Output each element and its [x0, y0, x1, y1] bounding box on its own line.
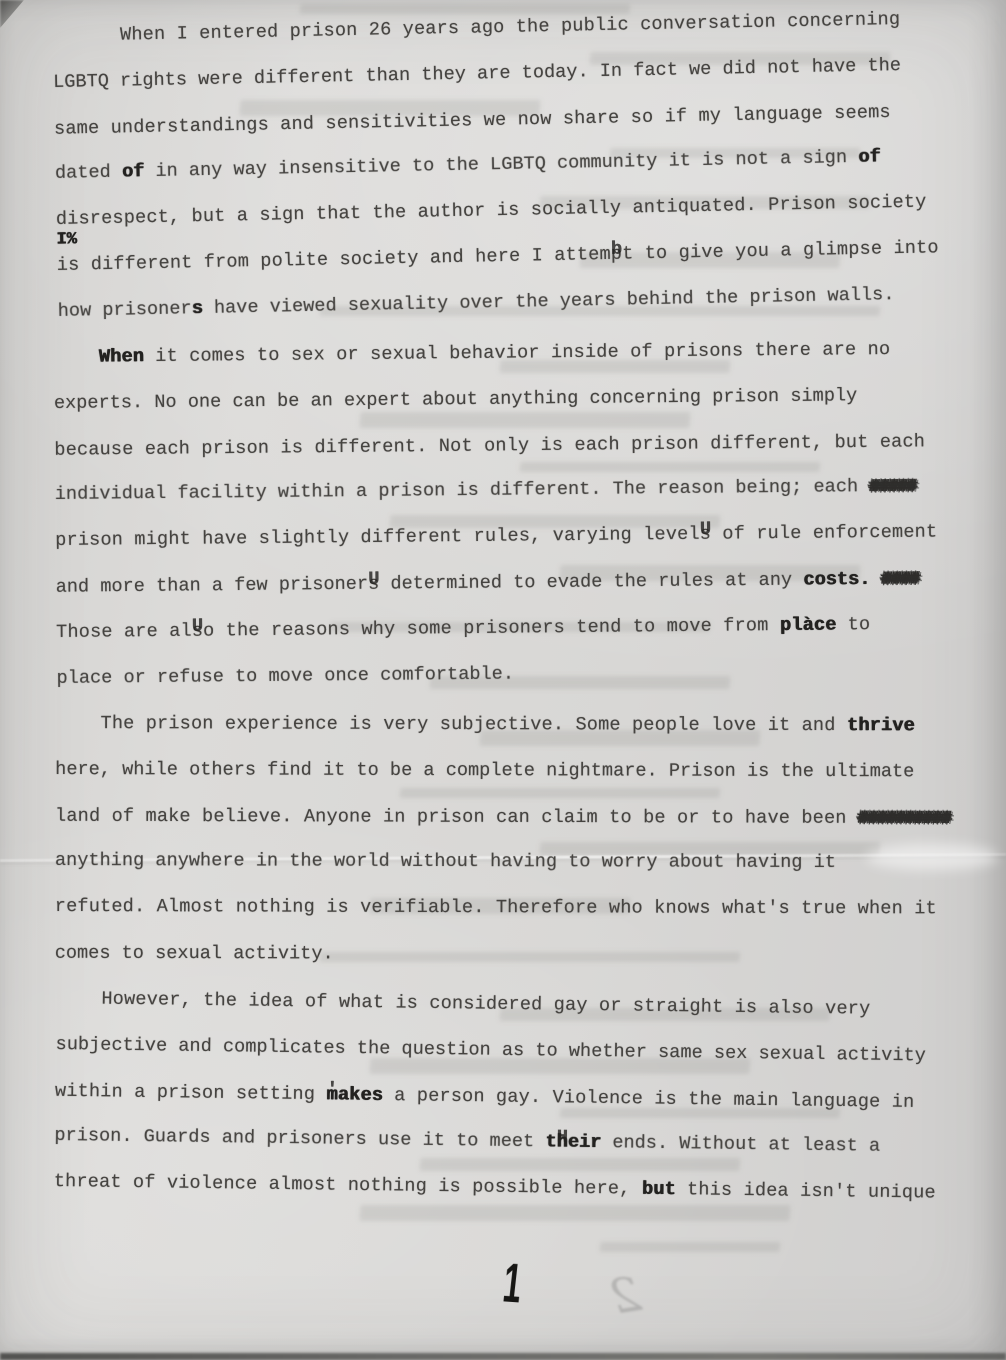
typewritten-text: have viewed sexuality over the years beh…: [203, 284, 895, 319]
bold-overtyped-text: of: [122, 162, 145, 183]
overtyped-text: sU: [700, 511, 712, 557]
typewritten-text: subjective and complicates the question …: [55, 1034, 926, 1066]
overstrike-glyph: U: [699, 506, 711, 552]
typewritten-text: prison might have slightly different rul…: [55, 524, 700, 551]
typewritten-text: determined to evade the rules at any: [379, 569, 803, 594]
overtyped-text: sU: [368, 561, 380, 607]
typewritten-text: LGBTQ rights were different than they ar…: [53, 55, 901, 93]
typewritten-text: because each prison is different. Not on…: [54, 431, 925, 460]
text-line: here, while others find it to be a compl…: [55, 747, 1005, 795]
obliterated-text: ##########: [858, 807, 950, 828]
text-line: comes to sexual activity.: [55, 931, 1005, 979]
paragraph: The prison experience is very subjective…: [55, 701, 1006, 978]
typewritten-text: [870, 568, 881, 589]
overstrike-glyph: b: [610, 227, 622, 273]
bold-overtyped-text: thrive: [847, 715, 915, 736]
typewritten-text: [53, 346, 98, 367]
overstrike-glyph: ': [326, 1067, 338, 1113]
bold-overtyped-text: plàce: [780, 614, 837, 636]
typewritten-text: this idea isn't unique: [676, 1179, 936, 1203]
text-line: land of make believe. Anyone in prison c…: [55, 793, 1005, 841]
overstrike-glyph: H: [556, 1115, 568, 1161]
typewritten-text: comes to sexual activity.: [55, 943, 334, 965]
bold-overtyped-text: s: [191, 298, 203, 319]
typewritten-text: place or refuse to move once comfortable…: [56, 663, 514, 688]
typewritten-text: to: [836, 614, 870, 635]
text-line: prison might have slightly different rul…: [55, 509, 1005, 564]
typewritten-text: is different from polite society and her…: [57, 244, 611, 276]
obliterated-text: ####: [881, 568, 918, 589]
ghost-line: [600, 1242, 781, 1252]
bold-overtyped-text: but: [642, 1179, 676, 1200]
text-line: The prison experience is very subjective…: [55, 701, 1005, 749]
bold-overtyped-text: costs.: [803, 568, 870, 590]
document-body: When I entered prison 26 years ago the p…: [55, 14, 1005, 1205]
bleedthrough-numeral: 2: [606, 1266, 645, 1326]
text-line: and more than a few prisonersU determine…: [55, 555, 1005, 610]
typewritten-text: prison. Guards and prisoners use it to m…: [54, 1125, 545, 1152]
text-line: anything anywhere in the world without h…: [55, 838, 1005, 886]
typewritten-text: dated: [55, 162, 122, 184]
typewritten-text: in any way insensitive to the LGBTQ comm…: [144, 147, 858, 182]
typewritten-text: a person gay. Violence is the main langu…: [383, 1084, 915, 1112]
typewritten-text: t to give you a glimpse into: [622, 237, 939, 264]
scan-corner-shadow: [0, 0, 24, 28]
typewritten-text: threat of violence almost nothing is pos…: [54, 1171, 642, 1200]
paragraph: When it comes to sex or sexual behavior …: [53, 325, 1006, 700]
typewritten-text: experts. No one can be an expert about a…: [54, 385, 858, 414]
typewritten-text: within a prison setting: [55, 1080, 327, 1105]
typewritten-text: of rule enforcement: [711, 521, 937, 544]
typewritten-text: here, while others find it to be a compl…: [55, 759, 914, 782]
bold-overtyped-text: I%: [56, 230, 77, 249]
typewritten-text: When I entered prison 26 years ago the p…: [52, 9, 900, 47]
typewritten-text: anything anywhere in the world without h…: [55, 850, 836, 873]
typewritten-text: The prison experience is very subjective…: [55, 713, 847, 736]
typewritten-text: it comes to sex or sexual behavior insid…: [144, 339, 891, 367]
typewritten-text: disrespect, but a sign that the author i…: [56, 192, 927, 230]
scanned-page: When I entered prison 26 years ago the p…: [0, 0, 1006, 1360]
overstrike-glyph: U: [368, 556, 380, 602]
overtyped-text: hH: [556, 1120, 568, 1166]
overstrike-glyph: U: [192, 603, 204, 649]
text-line: place or refuse to move once comfortable…: [56, 646, 1006, 701]
typewritten-text: However, the idea of what is considered …: [56, 988, 870, 1020]
typewritten-text: individual facility within a prison is d…: [55, 476, 870, 505]
typewritten-text: o the reasons why some prisoners tend to…: [203, 614, 780, 641]
obliterated-text: #####: [869, 476, 915, 497]
paragraph: However, the idea of what is considered …: [54, 976, 1006, 1217]
overtyped-text: sU: [192, 608, 204, 654]
bold-overtyped-text: akes: [338, 1084, 384, 1106]
text-line: individual facility within a prison is d…: [55, 463, 1005, 518]
paragraph: When I entered prison 26 years ago the p…: [52, 0, 1006, 335]
typewritten-text: how prisoner: [58, 298, 192, 322]
bold-overtyped-text: t: [545, 1132, 556, 1153]
text-line: experts. No one can be an expert about a…: [54, 371, 1004, 426]
overtyped-text: m': [326, 1072, 338, 1118]
bold-overtyped-text: When: [99, 346, 144, 367]
typewritten-text: Those are al: [56, 620, 192, 642]
typewritten-text: same understandings and sensitivities we…: [54, 102, 891, 140]
typewritten-text: and more than a few prisoner: [56, 573, 369, 597]
scan-bottom-edge: [0, 1353, 1006, 1360]
page-number: 1: [500, 1250, 525, 1316]
bold-overtyped-text: eir: [568, 1132, 602, 1153]
text-line: refuted. Almost nothing is verifiable. T…: [55, 884, 1005, 932]
text-line: When it comes to sex or sexual behavior …: [53, 325, 1003, 380]
bold-overtyped-text: of: [858, 147, 881, 168]
typewritten-text: land of make believe. Anyone in prison c…: [55, 805, 858, 828]
typewritten-text: ends. Without at least a: [601, 1132, 880, 1157]
overtyped-text: pb: [610, 232, 622, 278]
typewritten-text: refuted. Almost nothing is verifiable. T…: [55, 896, 937, 919]
